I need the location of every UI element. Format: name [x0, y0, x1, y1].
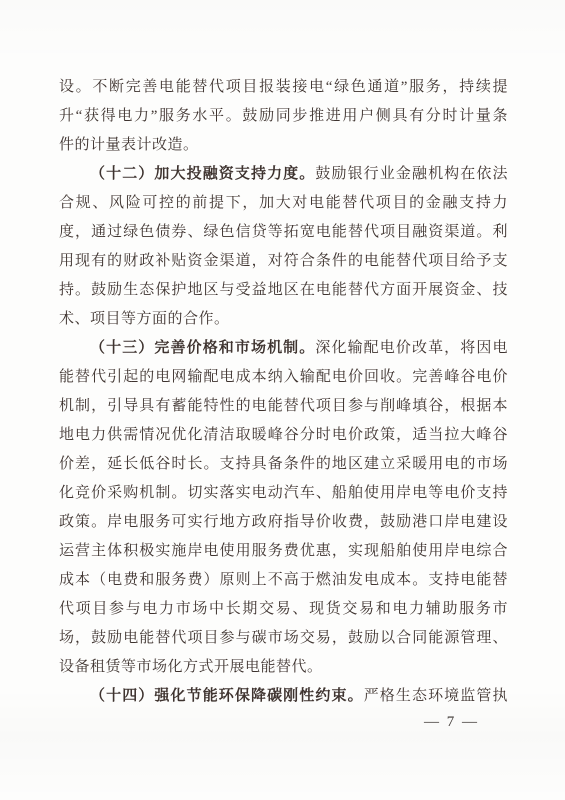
- text-line: 升“获得电力”服务水平。鼓励同步推进用户侧具有分时计量条: [59, 102, 508, 131]
- text-line-section-heading-13: （十三）完善价格和市场机制。深化输配电价改革，将因电: [59, 334, 508, 363]
- text-line: 政策。岸电服务可实行地方政府指导价收费，鼓励港口岸电建设: [59, 508, 508, 537]
- text-line-section-heading-12: （十二）加大投融资支持力度。鼓励银行业金融机构在依法: [59, 160, 508, 189]
- text-line: 机制，引导具有蓄能特性的电能替代项目参与削峰填谷，根据本: [59, 392, 508, 421]
- line-text: 机制，引导具有蓄能特性的电能替代项目参与削峰填谷，根据本: [59, 398, 508, 414]
- text-line: 术、项目等方面的合作。: [59, 305, 508, 334]
- text-line: 持。鼓励生态保护地区与受益地区在电能替代方面开展资金、技: [59, 276, 508, 305]
- line-text: 成本（电费和服务费）原则上不高于燃油发电成本。支持电能替: [59, 572, 508, 588]
- line-text: 设备租赁等市场化方式开展电能替代。: [59, 659, 323, 675]
- text-line: 化竞价采购机制。切实落实电动汽车、船舶使用岸电等电价支持: [59, 479, 508, 508]
- text-line: 能替代引起的电网输配电成本纳入输配电价回收。完善峰谷电价: [59, 363, 508, 392]
- document-page: 设。不断完善电能替代项目报装接电“绿色通道”服务，持续提 升“获得电力”服务水平…: [0, 0, 565, 800]
- line-text: 政策。岸电服务可实行地方政府指导价收费，鼓励港口岸电建设: [59, 514, 508, 530]
- text-line: 成本（电费和服务费）原则上不高于燃油发电成本。支持电能替: [59, 566, 508, 595]
- line-text: 度，通过绿色债券、绿色信贷等拓宽电能替代项目融资渠道。利: [59, 224, 508, 240]
- page-number: — 7 —: [424, 712, 479, 732]
- text-line: 运营主体积极实施岸电使用服务费优惠，实现船舶使用岸电综合: [59, 537, 508, 566]
- line-text: 运营主体积极实施岸电使用服务费优惠，实现船舶使用岸电综合: [59, 543, 508, 559]
- text-line: 地电力供需情况优化清洁取暖峰谷分时电价政策，适当拉大峰谷: [59, 421, 508, 450]
- line-text: 能替代引起的电网输配电成本纳入输配电价回收。完善峰谷电价: [59, 369, 508, 385]
- text-line-section-heading-14: （十四）强化节能环保降碳刚性约束。严格生态环境监管执: [59, 682, 508, 711]
- line-text: 深化输配电价改革，将因电: [315, 340, 508, 356]
- text-line: 合规、风险可控的前提下，加大对电能替代项目的金融支持力: [59, 189, 508, 218]
- section-heading-label: （十四）强化节能环保降碳刚性约束。: [90, 688, 364, 704]
- text-line: 价差，延长低谷时长。支持具备条件的地区建立采暖用电的市场: [59, 450, 508, 479]
- document-text-block: 设。不断完善电能替代项目报装接电“绿色通道”服务，持续提 升“获得电力”服务水平…: [59, 73, 508, 711]
- text-line: 度，通过绿色债券、绿色信贷等拓宽电能替代项目融资渠道。利: [59, 218, 508, 247]
- line-text: 设。不断完善电能替代项目报装接电“绿色通道”服务，持续提: [59, 79, 508, 95]
- section-heading-label: （十二）加大投融资支持力度。: [90, 166, 315, 182]
- line-text: 持。鼓励生态保护地区与受益地区在电能替代方面开展资金、技: [59, 282, 508, 298]
- text-line: 场，鼓励电能替代项目参与碳市场交易，鼓励以合同能源管理、: [59, 624, 508, 653]
- line-text: 术、项目等方面的合作。: [59, 311, 230, 327]
- line-text: 代项目参与电力市场中长期交易、现货交易和电力辅助服务市: [59, 601, 508, 617]
- text-line: 设。不断完善电能替代项目报装接电“绿色通道”服务，持续提: [59, 73, 508, 102]
- text-line: 用现有的财政补贴资金渠道，对符合条件的电能替代项目给予支: [59, 247, 508, 276]
- section-heading-label: （十三）完善价格和市场机制。: [90, 340, 315, 356]
- line-text: 地电力供需情况优化清洁取暖峰谷分时电价政策，适当拉大峰谷: [59, 427, 508, 443]
- line-text: 合规、风险可控的前提下，加大对电能替代项目的金融支持力: [59, 195, 508, 211]
- line-text: 鼓励银行业金融机构在依法: [315, 166, 508, 182]
- text-line: 件的计量表计改造。: [59, 131, 508, 160]
- line-text: 场，鼓励电能替代项目参与碳市场交易，鼓励以合同能源管理、: [59, 630, 508, 646]
- line-text: 升“获得电力”服务水平。鼓励同步推进用户侧具有分时计量条: [59, 108, 508, 124]
- line-text: 严格生态环境监管执: [364, 688, 508, 704]
- line-text: 化竞价采购机制。切实落实电动汽车、船舶使用岸电等电价支持: [59, 485, 508, 501]
- line-text: 件的计量表计改造。: [59, 137, 199, 153]
- line-text: 用现有的财政补贴资金渠道，对符合条件的电能替代项目给予支: [59, 253, 508, 269]
- text-line: 代项目参与电力市场中长期交易、现货交易和电力辅助服务市: [59, 595, 508, 624]
- text-line: 设备租赁等市场化方式开展电能替代。: [59, 653, 508, 682]
- line-text: 价差，延长低谷时长。支持具备条件的地区建立采暖用电的市场: [59, 456, 508, 472]
